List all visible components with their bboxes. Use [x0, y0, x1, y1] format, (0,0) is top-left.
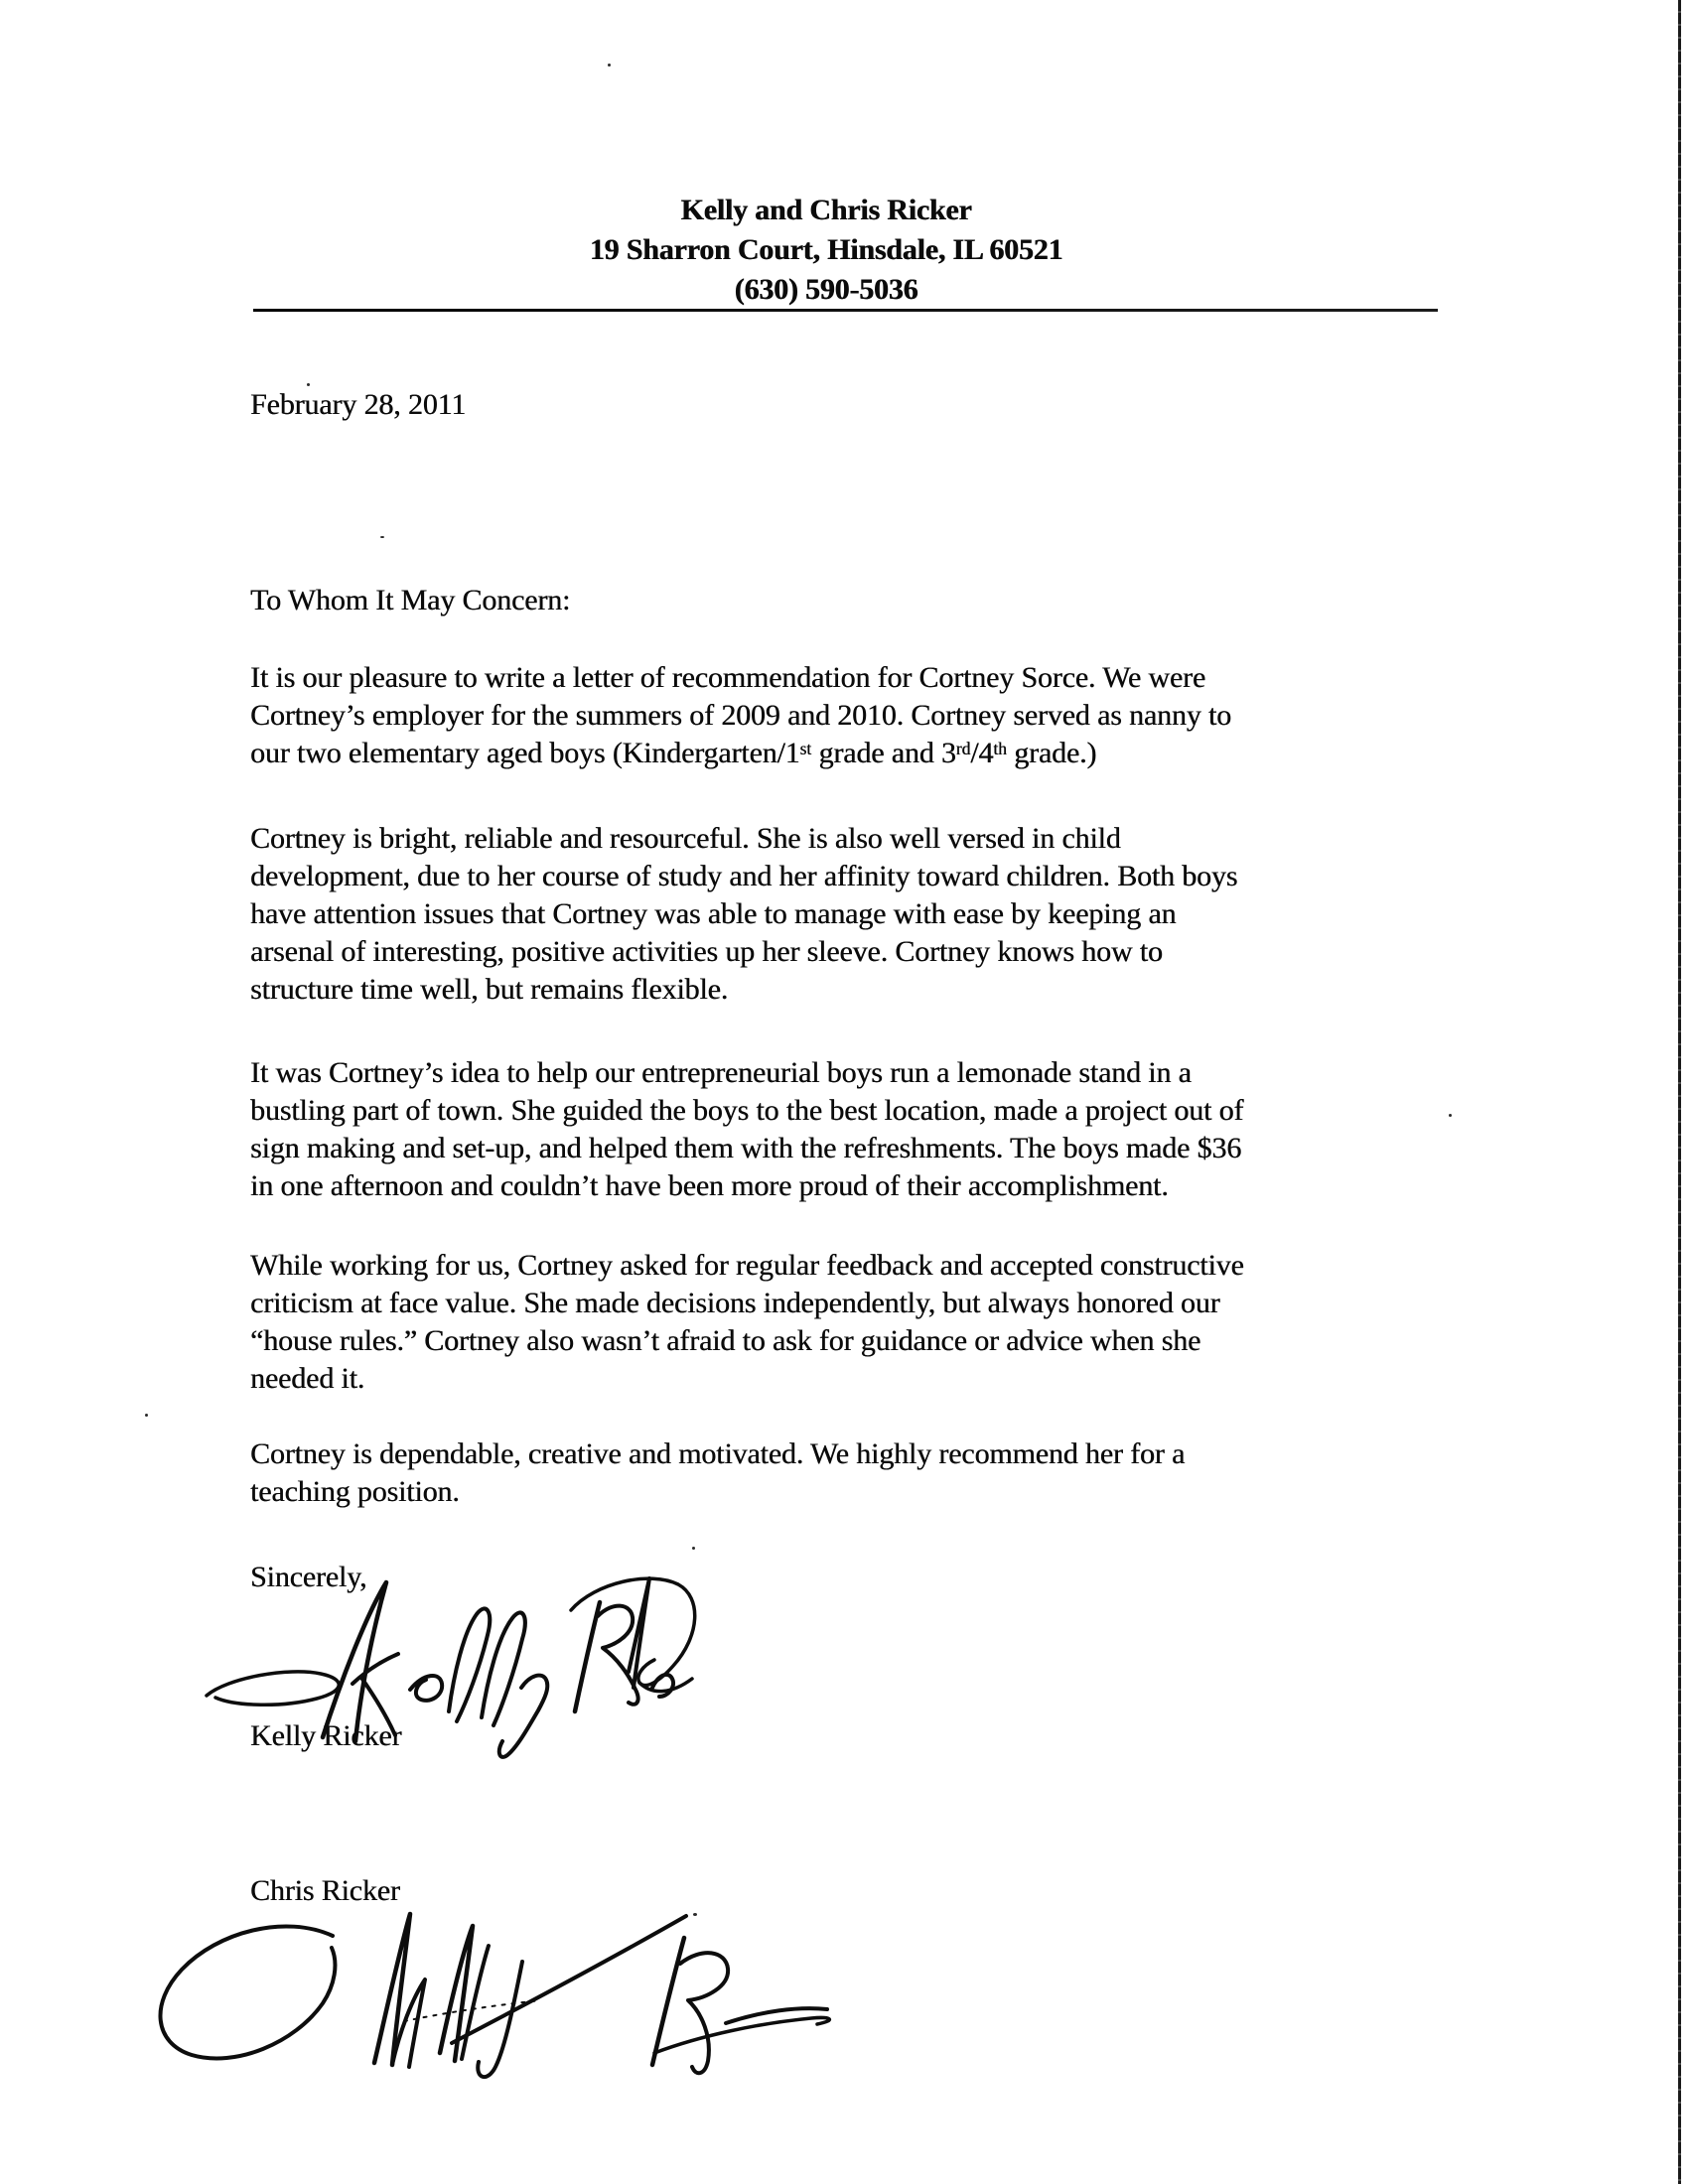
- paragraph-4-line-4: needed it.: [250, 1360, 1481, 1398]
- paragraph-2-line-1: Cortney is bright, reliable and resource…: [250, 820, 1481, 858]
- paragraph-2-line-5: structure time well, but remains flexibl…: [250, 971, 1481, 1009]
- paragraph-1-line-2: Cortney’s employer for the summers of 20…: [250, 697, 1481, 735]
- letterhead-name: Kelly and Chris Ricker: [0, 191, 1652, 230]
- ordinal-suffix-st: st: [800, 739, 812, 758]
- paragraph-4-line-1: While working for us, Cortney asked for …: [250, 1247, 1481, 1285]
- paragraph-1-line-1: It is our pleasure to write a letter of …: [250, 659, 1481, 697]
- scan-speck: [145, 1414, 148, 1417]
- paragraph-5-line-1: Cortney is dependable, creative and moti…: [250, 1435, 1481, 1473]
- salutation: To Whom It May Concern:: [250, 582, 570, 619]
- paragraph-3-line-4: in one afternoon and couldn’t have been …: [250, 1167, 1481, 1205]
- scanned-letter-page: Kelly and Chris Ricker 19 Sharron Court,…: [0, 0, 1692, 2184]
- paragraph-5: Cortney is dependable, creative and moti…: [250, 1435, 1481, 1511]
- scan-speck: [608, 64, 611, 67]
- paragraph-3-line-1: It was Cortney’s idea to help our entrep…: [250, 1054, 1481, 1092]
- paragraph-2: Cortney is bright, reliable and resource…: [250, 820, 1481, 1009]
- paragraph-4: While working for us, Cortney asked for …: [250, 1247, 1481, 1398]
- ordinal-suffix-rd: rd: [956, 739, 971, 758]
- p1l3-text-d: grade.): [1007, 737, 1096, 769]
- paragraph-4-line-2: criticism at face value. She made decisi…: [250, 1285, 1481, 1322]
- paragraph-3-line-2: bustling part of town. She guided the bo…: [250, 1092, 1481, 1130]
- ordinal-suffix-th: th: [993, 739, 1007, 758]
- paragraph-2-line-3: have attention issues that Cortney was a…: [250, 895, 1481, 933]
- paragraph-3-line-3: sign making and set-up, and helped them …: [250, 1130, 1481, 1167]
- letterhead: Kelly and Chris Ricker 19 Sharron Court,…: [0, 191, 1652, 310]
- p1l3-text-b: grade and 3: [811, 737, 956, 769]
- letterhead-phone: (630) 590-5036: [0, 270, 1652, 310]
- scan-speck: [692, 1547, 695, 1550]
- scan-edge-artifact: [1678, 0, 1681, 2184]
- scan-speck: [380, 536, 384, 538]
- p1l3-text-a: our two elementary aged boys (Kindergart…: [250, 737, 800, 769]
- paragraph-2-line-4: arsenal of interesting, positive activit…: [250, 933, 1481, 971]
- letter-date: February 28, 2011: [250, 386, 466, 424]
- letterhead-address: 19 Sharron Court, Hinsdale, IL 60521: [0, 230, 1652, 270]
- signer1-printed-name: Kelly Ricker: [250, 1717, 401, 1755]
- paragraph-4-line-3: “house rules.” Cortney also wasn’t afrai…: [250, 1322, 1481, 1360]
- paragraph-2-line-2: development, due to her course of study …: [250, 858, 1481, 895]
- chris-ricker-signature: [144, 1902, 839, 2081]
- scan-speck: [1449, 1114, 1452, 1117]
- scan-speck: [307, 383, 310, 386]
- paragraph-1-line-3: our two elementary aged boys (Kindergart…: [250, 735, 1481, 775]
- paragraph-1: It is our pleasure to write a letter of …: [250, 659, 1481, 775]
- paragraph-3: It was Cortney’s idea to help our entrep…: [250, 1054, 1481, 1205]
- letterhead-divider-rule: [253, 309, 1438, 312]
- scan-speck: [693, 1913, 697, 1916]
- p1l3-text-c: /4: [970, 737, 993, 769]
- paragraph-5-line-2: teaching position.: [250, 1473, 1481, 1511]
